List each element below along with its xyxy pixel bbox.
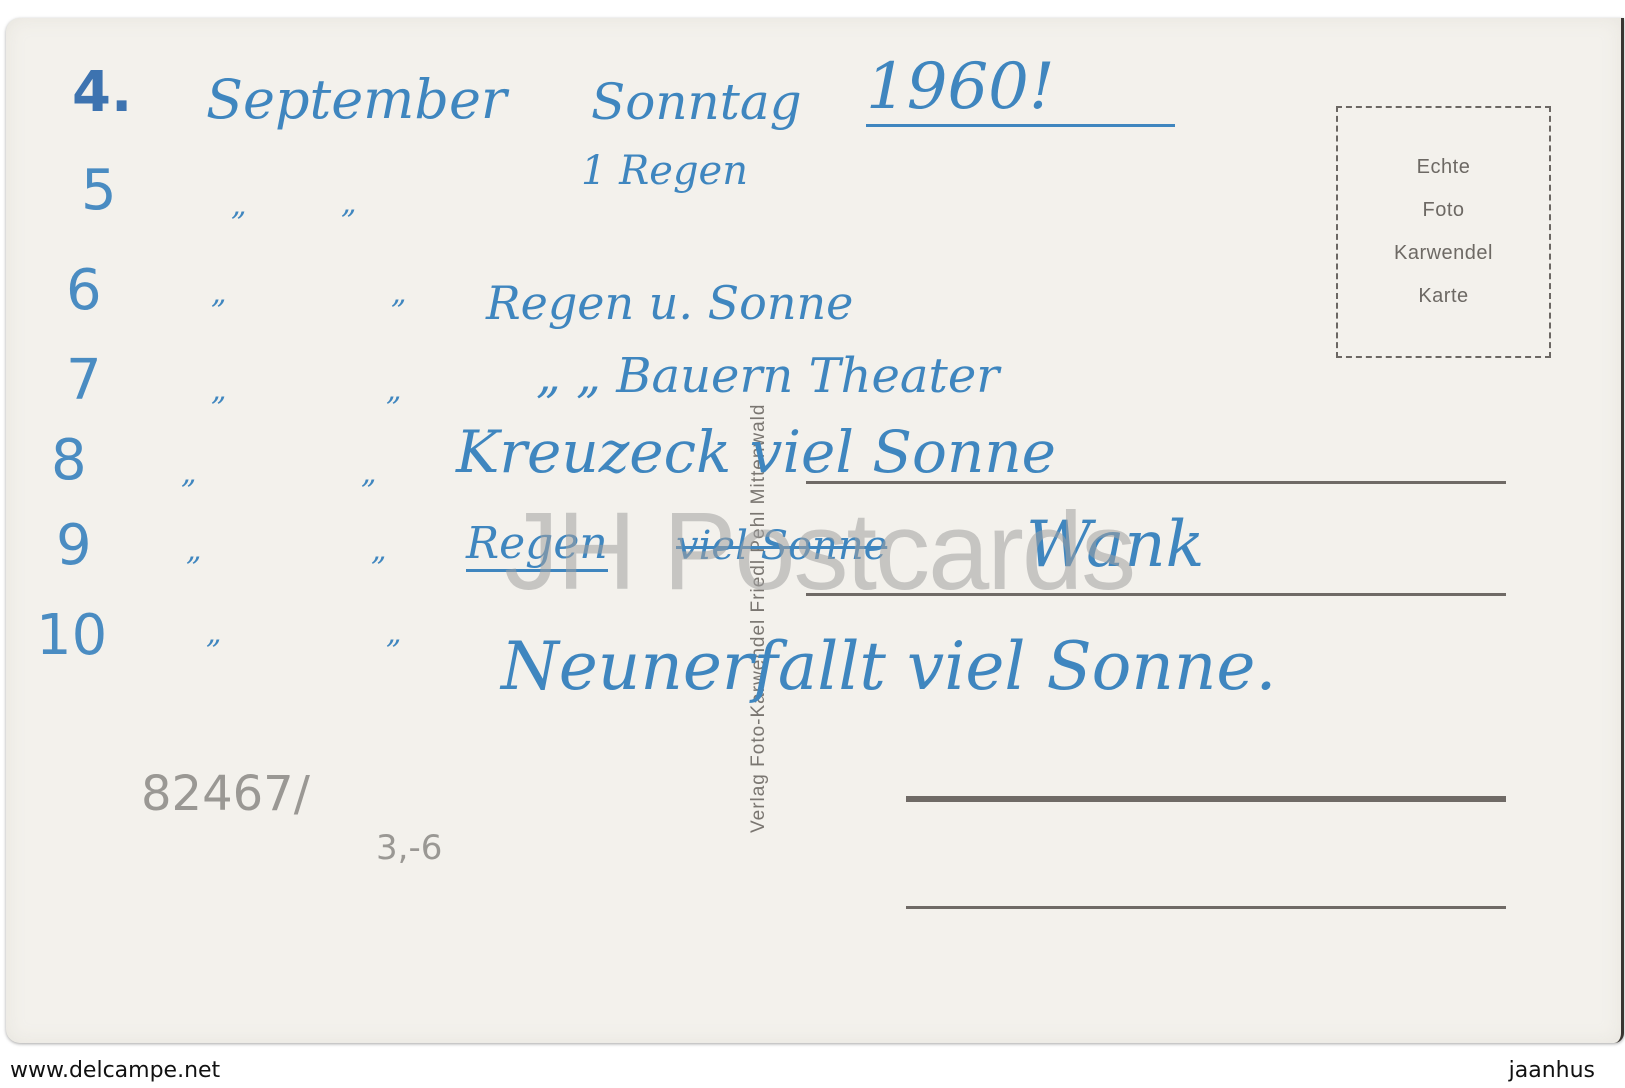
handwritten-day: 9: [56, 513, 92, 578]
stamp-text-line: Foto: [1422, 199, 1464, 222]
handwritten-entry: Kreuzeck viel Sonne: [456, 418, 1056, 486]
postcard-back: Echte Foto Karwendel Karte Verlag Foto-K…: [6, 18, 1624, 1043]
address-line: [906, 906, 1506, 909]
address-line: [906, 796, 1506, 802]
ditto-mark: „: [211, 276, 227, 311]
ditto-mark: „: [386, 373, 402, 408]
handwritten-day: 4.: [72, 60, 132, 125]
ditto-mark: „: [181, 456, 197, 491]
ditto-mark: „: [231, 188, 247, 223]
source-watermark-right: jaanhus: [1509, 1058, 1595, 1083]
ditto-mark: „: [206, 616, 222, 651]
ditto-mark: „: [386, 616, 402, 651]
stamp-box: Echte Foto Karwendel Karte: [1336, 106, 1551, 358]
handwritten-day: 6: [66, 258, 102, 323]
handwritten-day: 8: [51, 428, 87, 493]
stamp-text-line: Karte: [1418, 285, 1468, 308]
handwritten-day: 10: [36, 603, 107, 668]
handwritten-entry: „ „ Bauern Theater: [536, 348, 999, 404]
ditto-mark: „: [211, 373, 227, 408]
handwritten-entry: Neunerfallt viel Sonne.: [501, 628, 1276, 705]
handwritten-day: 7: [66, 348, 102, 413]
ditto-mark: „: [186, 533, 202, 568]
watermark: JH Postcards: [504, 488, 1134, 615]
handwritten-day: 5: [81, 158, 117, 223]
handwritten-entry: Regen u. Sonne: [486, 276, 853, 330]
pencil-price-note: 3,-6: [376, 828, 442, 868]
ditto-mark: „: [371, 533, 387, 568]
pencil-inventory-number: 82467/: [141, 766, 310, 822]
handwritten-year: 1960!: [866, 50, 1175, 127]
stamp-text-line: Karwendel: [1394, 242, 1493, 265]
ditto-mark: „: [391, 276, 407, 311]
handwritten-weekday: Sonntag: [591, 73, 802, 131]
handwritten-note: 1 Regen: [581, 148, 748, 194]
source-watermark-left: www.delcampe.net: [10, 1058, 220, 1083]
handwritten-month: September: [206, 68, 507, 131]
ditto-mark: „: [341, 186, 357, 221]
stamp-text-line: Echte: [1417, 156, 1471, 179]
ditto-mark: „: [361, 456, 377, 491]
